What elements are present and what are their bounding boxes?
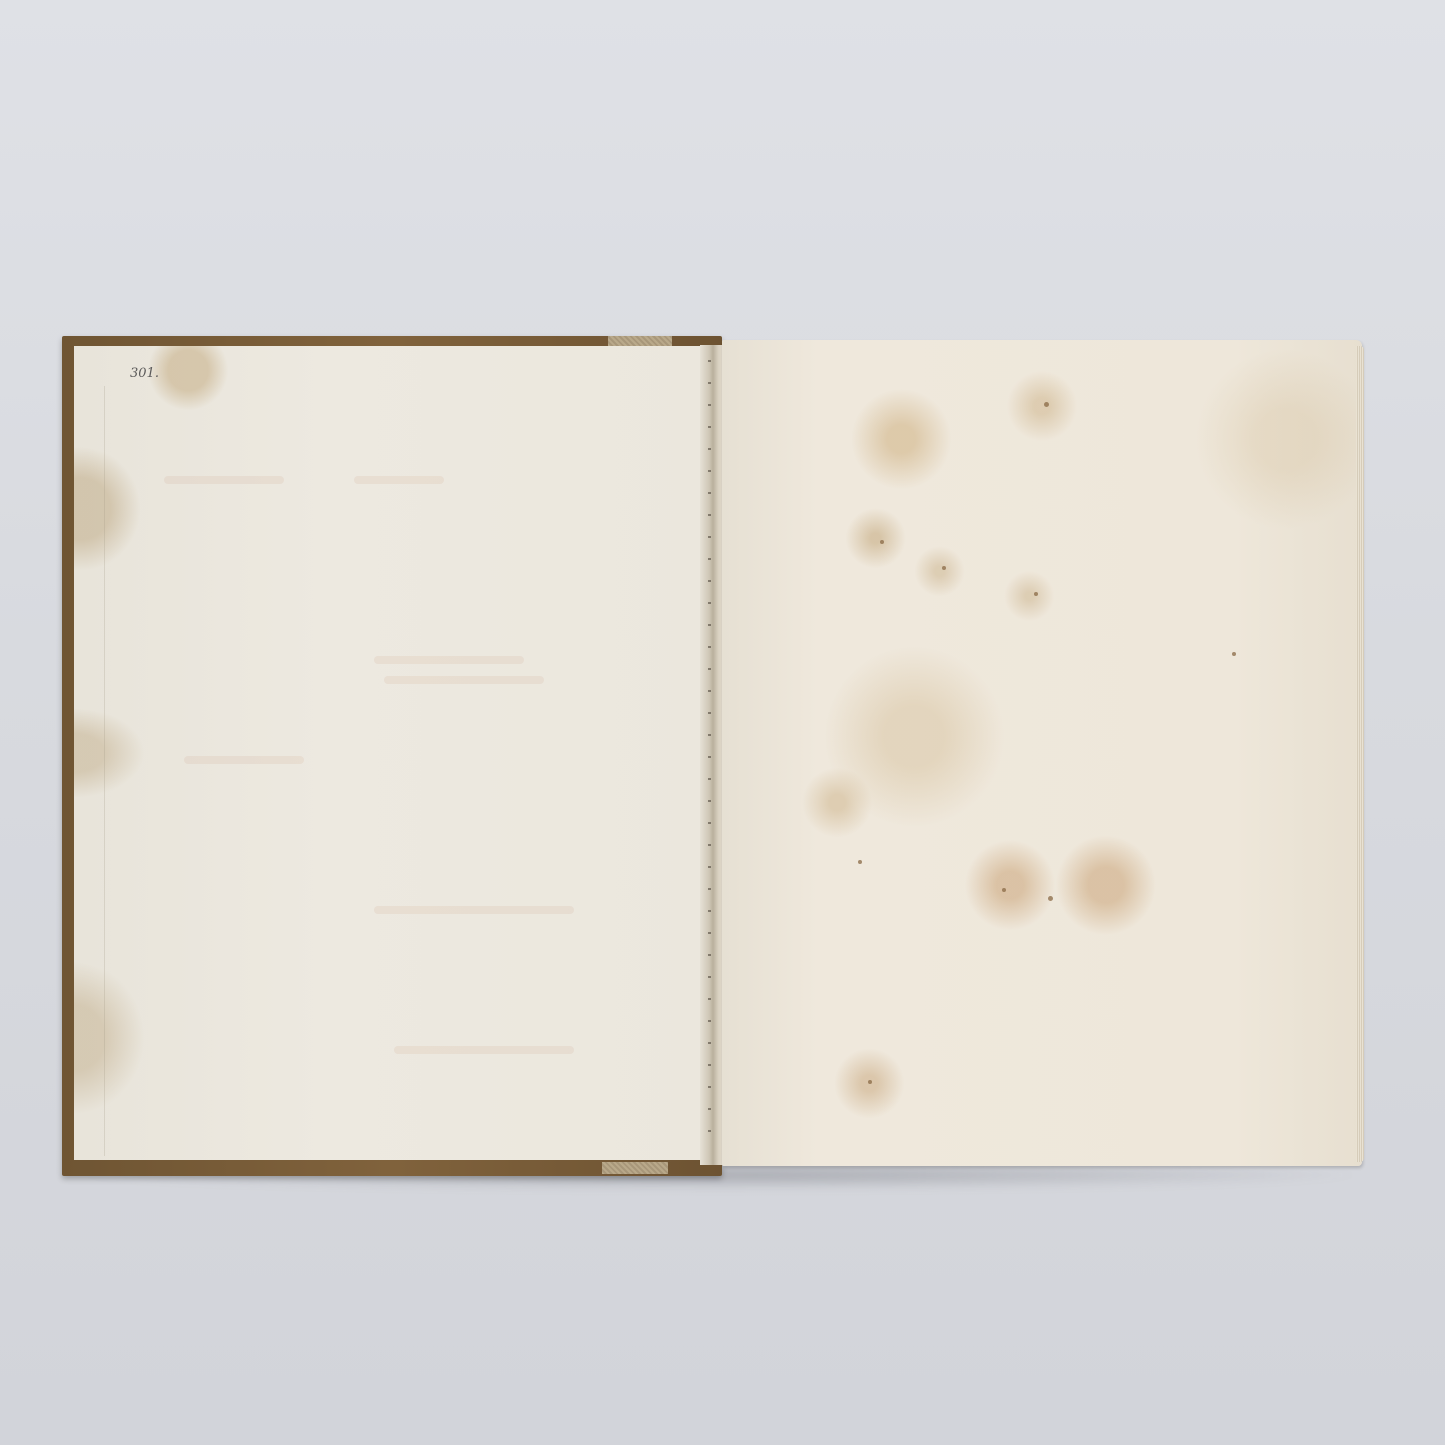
show-through-line — [374, 906, 574, 914]
show-through-line — [374, 656, 524, 664]
foxing-spot — [868, 1080, 872, 1084]
foxing-spot — [1034, 592, 1038, 596]
page-margin-line — [104, 386, 105, 1156]
cloth-spine-top — [608, 336, 672, 346]
show-through-line — [164, 476, 284, 484]
foxing-spot — [858, 860, 862, 864]
sewing-holes — [708, 360, 711, 1140]
foxing-spot — [880, 540, 884, 544]
show-through-line — [384, 676, 544, 684]
free-endpaper-page — [722, 340, 1362, 1166]
front-pastedown-page: 301. — [74, 346, 708, 1160]
book-front-cover: 301. — [62, 336, 722, 1176]
photo-scene: 301. — [0, 0, 1445, 1445]
cloth-spine-bottom — [602, 1162, 668, 1174]
show-through-line — [354, 476, 444, 484]
show-through-line — [394, 1046, 574, 1054]
foxing-spot — [1044, 402, 1049, 407]
page-block-edge — [1356, 346, 1364, 1162]
foxing-spot — [1232, 652, 1236, 656]
foxing-spot — [1048, 896, 1053, 901]
pencil-note: 301. — [130, 366, 159, 381]
show-through-line — [184, 756, 304, 764]
foxing-spot — [1002, 888, 1006, 892]
foxing-spot — [942, 566, 946, 570]
